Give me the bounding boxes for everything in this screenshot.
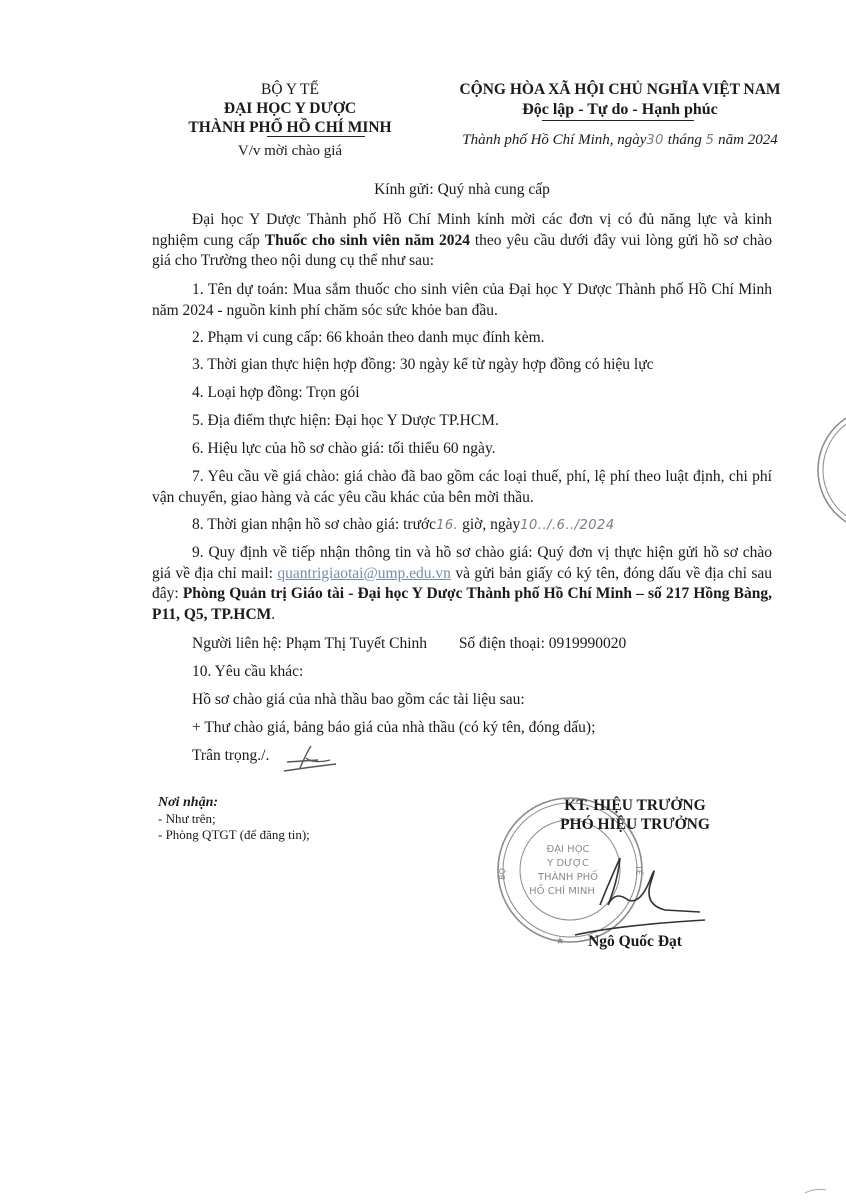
item-8-middle: giờ, ngày	[458, 516, 520, 533]
svg-text:BỘ: BỘ	[496, 868, 507, 880]
recipient-item: - Như trên;	[158, 811, 310, 827]
recipient-item: - Phòng QTGT (để đăng tin);	[158, 827, 310, 843]
signature-title-line2: PHÓ HIỆU TRƯỞNG	[520, 815, 750, 834]
svg-text:Y DƯỢC: Y DƯỢC	[546, 858, 589, 869]
item-9: 9. Quy định về tiếp nhận thông tin và hồ…	[152, 543, 772, 625]
item-10: 10. Yêu cầu khác:	[192, 662, 812, 683]
university-name-line2: THÀNH PHỐ HỒ CHÍ MINH	[140, 118, 440, 137]
svg-text:ĐẠI HỌC: ĐẠI HỌC	[546, 844, 589, 855]
university-name-line1: ĐẠI HỌC Y DƯỢC	[140, 99, 440, 118]
stamp-text: ĐẠI HỌC Y DƯỢC THÀNH PHỐ HỒ CHÍ MINH BỘ …	[496, 844, 645, 947]
svg-text:THÀNH PHỐ: THÀNH PHỐ	[537, 869, 598, 883]
recipients-heading: Nơi nhận:	[158, 795, 310, 811]
email-link[interactable]: quantrigiaotai@ump.edu.vn	[277, 565, 451, 582]
contact-person: Người liên hệ: Phạm Thị Tuyết Chinh	[192, 635, 427, 652]
item-1: 1. Tên dự toán: Mua sắm thuốc cho sinh v…	[152, 280, 772, 321]
motto-underline	[542, 120, 694, 121]
date-month-label: tháng	[668, 132, 702, 148]
item-3: 3. Thời gian thực hiện hợp đồng: 30 ngày…	[152, 355, 772, 376]
intro-product: Thuốc cho sinh viên năm 2024	[265, 232, 470, 249]
item-8-prefix: 8. Thời gian nhận hồ sơ chào giá: trước	[192, 516, 436, 533]
national-header: CỘNG HÒA XÃ HỘI CHỦ NGHĨA VIỆT NAM Độc l…	[430, 80, 810, 121]
svg-text:HỒ CHÍ MINH: HỒ CHÍ MINH	[529, 883, 595, 897]
signature-title-line1: KT. HIỆU TRƯỞNG	[520, 796, 750, 815]
svg-text:TẾ: TẾ	[634, 864, 645, 876]
recipients-block: Nơi nhận: - Như trên; - Phòng QTGT (để đ…	[158, 795, 310, 843]
intro-paragraph: Đại học Y Dược Thành phố Hồ Chí Minh kín…	[152, 210, 772, 272]
subject-line: V/v mời chào giá	[140, 142, 440, 161]
ministry-name: BỘ Y TẾ	[140, 80, 440, 99]
country-name: CỘNG HÒA XÃ HỘI CHỦ NGHĨA VIỆT NAM	[430, 80, 810, 100]
signer-name: Ngô Quốc Đạt	[560, 933, 710, 951]
issuer-header: BỘ Y TẾ ĐẠI HỌC Y DƯỢC THÀNH PHỐ HỒ CHÍ …	[140, 80, 440, 161]
date-year: năm 2024	[718, 132, 778, 148]
partial-stamp-edge-icon	[818, 408, 846, 532]
docs-item: + Thư chào giá, bảng báo giá của nhà thầ…	[192, 718, 812, 739]
item-5: 5. Địa điểm thực hiện: Đại học Y Dược TP…	[152, 411, 772, 432]
director-signature-icon	[575, 858, 705, 935]
national-motto: Độc lập - Tự do - Hạnh phúc	[430, 100, 810, 120]
greeting: Kính gửi: Quý nhà cung cấp	[152, 180, 772, 201]
signature-title: KT. HIỆU TRƯỞNG PHÓ HIỆU TRƯỞNG	[520, 796, 750, 834]
deadline-date-handwritten: 10../.6../2024	[520, 518, 614, 533]
contact-line: Người liên hệ: Phạm Thị Tuyết Chinh Số đ…	[192, 634, 812, 655]
item-2: 2. Phạm vi cung cấp: 66 khoản theo danh …	[152, 328, 772, 349]
delivery-address: Phòng Quản trị Giáo tài - Đại học Y Dược…	[152, 585, 772, 623]
closing: Trân trọng./.	[192, 746, 812, 767]
item-4: 4. Loại hợp đồng: Trọn gói	[152, 383, 772, 404]
header-underline	[267, 136, 365, 137]
date-line: Thành phố Hồ Chí Minh, ngày30 tháng 5 nă…	[430, 132, 810, 149]
item-7: 7. Yêu cầu về giá chào: giá chào đã bao …	[152, 467, 772, 508]
item-8: 8. Thời gian nhận hồ sơ chào giá: trước1…	[152, 515, 772, 537]
date-month-handwritten: 5	[706, 133, 715, 148]
date-prefix: Thành phố Hồ Chí Minh, ngày	[462, 132, 646, 148]
item-6: 6. Hiệu lực của hồ sơ chào giá: tối thiể…	[152, 439, 772, 460]
item-9-end: .	[271, 606, 275, 623]
deadline-hour-handwritten: 16.	[436, 518, 458, 533]
date-day-handwritten: 30	[646, 133, 664, 148]
contact-phone: Số điện thoại: 0919990020	[459, 635, 626, 652]
docs-intro: Hồ sơ chào giá của nhà thầu bao gồm các …	[192, 690, 812, 711]
